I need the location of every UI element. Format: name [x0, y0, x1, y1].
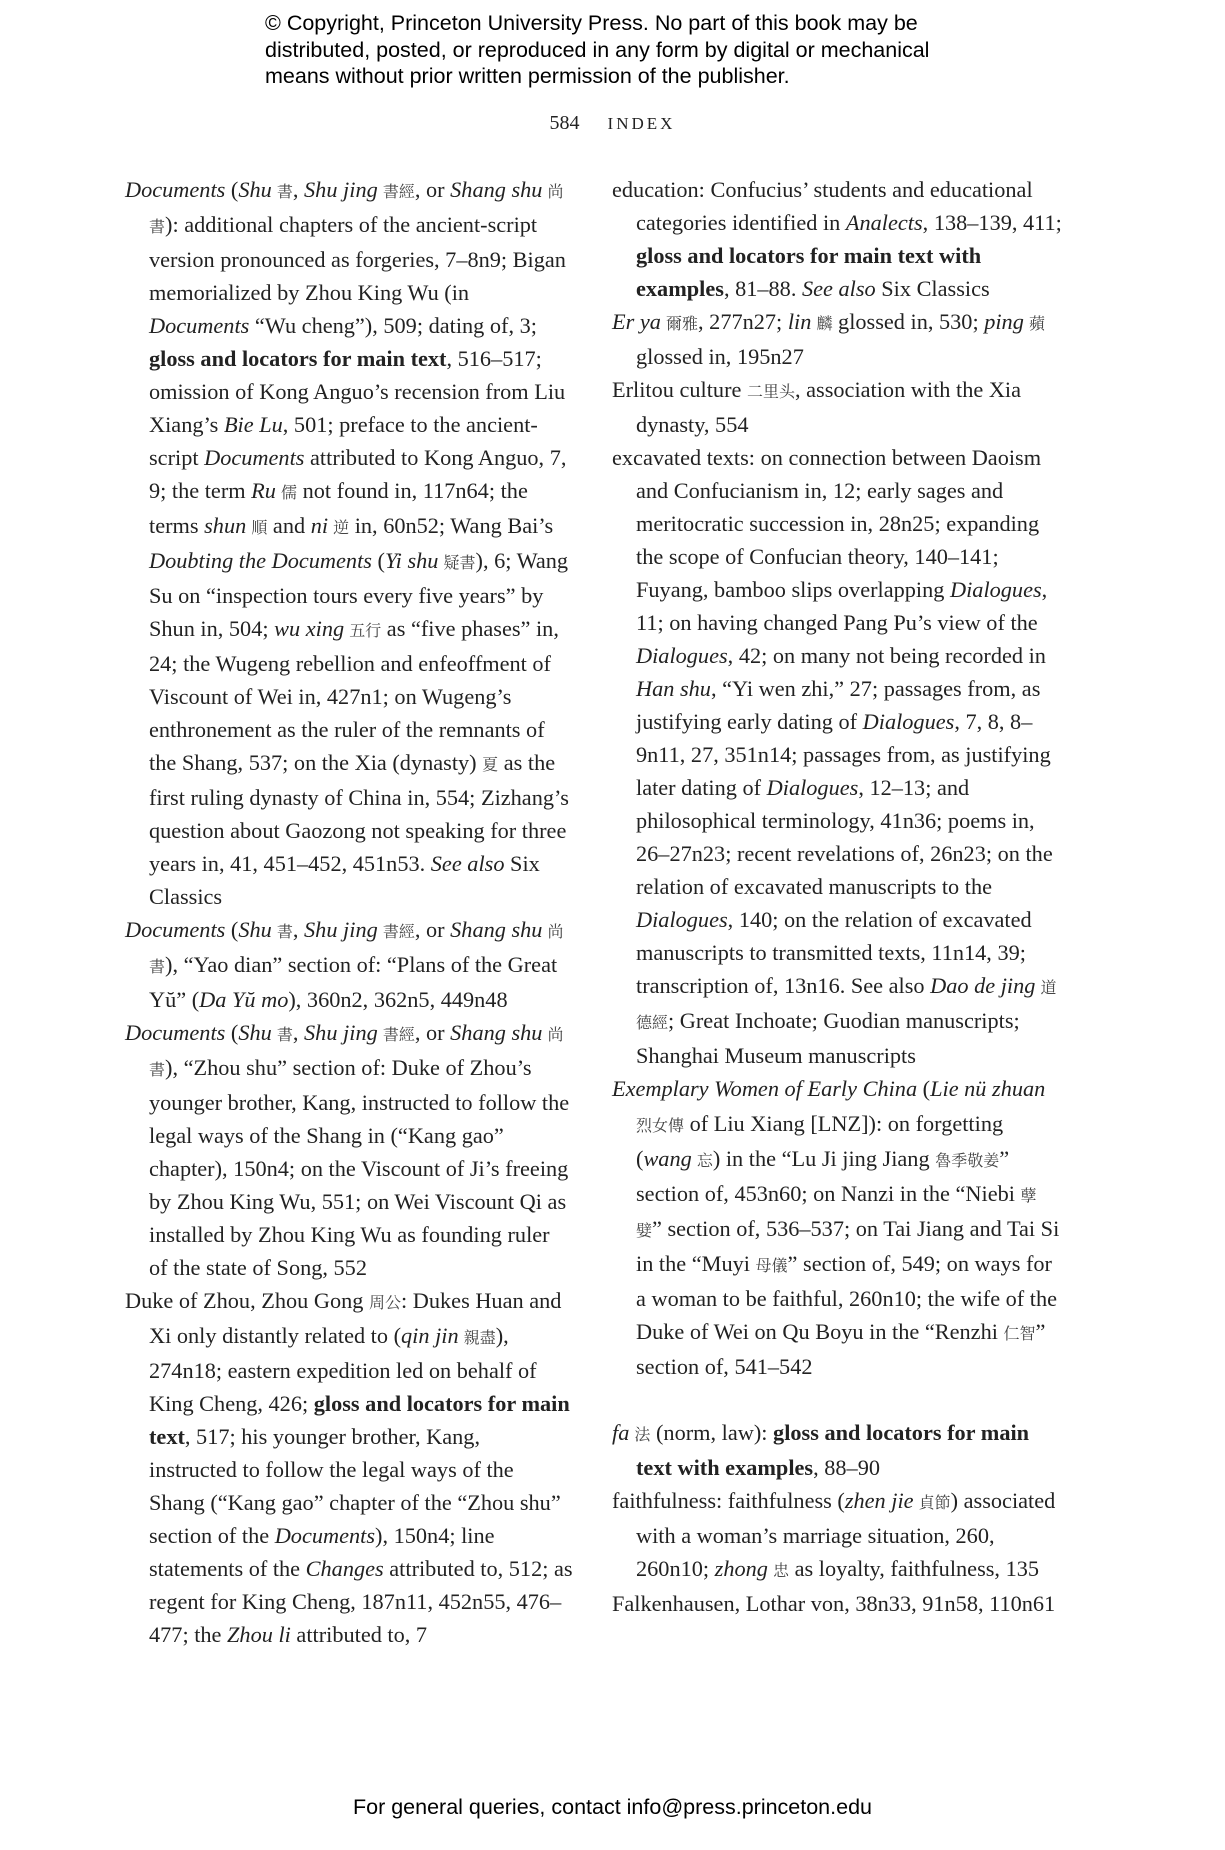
chinese-characters: 二里头 — [747, 382, 795, 401]
running-head: 584INDEX — [0, 112, 1225, 135]
italic-term: Shang shu — [450, 177, 542, 202]
entry-text: , or — [415, 917, 450, 942]
italic-term: Documents — [149, 313, 249, 338]
entry-text: ( — [372, 548, 385, 573]
footer-contact: For general queries, contact info@press.… — [0, 1795, 1225, 1820]
entry-text: ), 360n2, 362n5, 449n48 — [288, 987, 507, 1012]
entry-text: ) in the “Lu Ji jing Jiang — [713, 1146, 935, 1171]
entry-text: , 42; on many not being recorded in — [728, 643, 1046, 668]
entry-text: , — [293, 177, 304, 202]
chinese-characters: 蘋 — [1024, 314, 1045, 333]
entry-text: , 277n27; — [698, 309, 788, 334]
italic-term: Da Yŭ mo — [199, 987, 288, 1012]
chinese-characters: 書經 — [378, 922, 415, 941]
italic-term: Shu jing — [304, 177, 378, 202]
italic-term: Shu jing — [304, 1020, 378, 1045]
index-entry: Er ya 爾雅, 277n27; lin 麟 glossed in, 530;… — [612, 305, 1062, 373]
italic-term: Documents — [204, 445, 304, 470]
italic-term: Zhou li — [227, 1622, 291, 1647]
italic-term: Changes — [306, 1556, 384, 1581]
index-column-left: Documents (Shu 書, Shu jing 書經, or Shang … — [125, 173, 573, 1651]
index-entry: Documents (Shu 書, Shu jing 書經, or Shang … — [125, 173, 573, 913]
chinese-characters: 仁智 — [1004, 1324, 1036, 1343]
entry-text: attributed to, 7 — [291, 1622, 427, 1647]
chinese-characters: 五行 — [344, 621, 381, 640]
italic-term: ni — [311, 513, 328, 538]
entry-text: glossed in, 530; — [832, 309, 984, 334]
entry-text: , — [293, 917, 304, 942]
entry-text: , or — [415, 1020, 450, 1045]
chinese-characters: 親盡 — [459, 1328, 496, 1347]
chinese-characters: 儒 — [276, 483, 297, 502]
italic-term: Bie Lu — [224, 412, 283, 437]
italic-term: Doubting the Documents — [149, 548, 372, 573]
italic-term: Dialogues — [767, 775, 859, 800]
page-title: INDEX — [608, 114, 676, 133]
italic-term: wang — [643, 1146, 691, 1171]
index-entry: Erlitou culture 二里头, association with th… — [612, 373, 1062, 441]
page-number: 584 — [550, 112, 580, 134]
italic-term: zhong — [715, 1556, 768, 1581]
copyright-line: means without prior written permission o… — [265, 63, 985, 90]
index-entry: Documents (Shu 書, Shu jing 書經, or Shang … — [125, 913, 573, 1016]
italic-term: Dialogues — [863, 709, 955, 734]
chinese-characters: 書 — [272, 182, 293, 201]
chinese-characters: 烈女傳 — [636, 1116, 684, 1135]
index-column-right: education: Confucius’ students and educa… — [612, 173, 1062, 1620]
italic-term: Documents — [275, 1523, 375, 1548]
entry-text: Erlitou culture — [612, 377, 747, 402]
italic-term: Shang shu — [450, 1020, 542, 1045]
entry-text: Duke of Zhou, Zhou Gong — [125, 1288, 369, 1313]
entry-text: and — [267, 513, 310, 538]
italic-term: zhen jie — [845, 1488, 914, 1513]
bold-locator-label: gloss and locators for main text — [149, 346, 446, 371]
italic-term: Shu jing — [304, 917, 378, 942]
chinese-characters: 母儀 — [756, 1256, 788, 1275]
chinese-characters: 書經 — [378, 1025, 415, 1044]
italic-term: Lie nü zhuan — [930, 1076, 1045, 1101]
entry-text: (norm, law): — [650, 1420, 773, 1445]
chinese-characters: 法 — [629, 1425, 650, 1444]
index-entry: Falkenhausen, Lothar von, 38n33, 91n58, … — [612, 1587, 1062, 1620]
italic-term: ping — [984, 309, 1024, 334]
italic-term: Dao de jing — [930, 973, 1035, 998]
chinese-characters: 忘 — [692, 1151, 713, 1170]
index-entry: Documents (Shu 書, Shu jing 書經, or Shang … — [125, 1016, 573, 1284]
italic-term: lin — [788, 309, 812, 334]
italic-term: Er ya — [612, 309, 661, 334]
entry-text: , — [293, 1020, 304, 1045]
chinese-characters: 爾雅 — [661, 314, 698, 333]
copyright-line: © Copyright, Princeton University Press.… — [265, 10, 985, 37]
italic-term: Han shu — [636, 676, 711, 701]
italic-term: Dialogues — [950, 577, 1042, 602]
chinese-characters: 忠 — [768, 1561, 789, 1580]
entry-text: “Wu cheng”), 509; dating of, 3; — [249, 313, 537, 338]
italic-term: Shu — [238, 1020, 271, 1045]
index-entry: excavated texts: on connection between D… — [612, 441, 1062, 1072]
entry-text: as loyalty, faithfulness, 135 — [789, 1556, 1039, 1581]
italic-term: Shu — [238, 177, 271, 202]
index-entry: Exemplary Women of Early China (Lie nü z… — [612, 1072, 1062, 1383]
index-entry: education: Confucius’ students and educa… — [612, 173, 1062, 305]
italic-term: Exemplary Women of Early China — [612, 1076, 917, 1101]
chinese-characters: 順 — [246, 518, 267, 537]
entry-text: Falkenhausen, Lothar von, 38n33, 91n58, … — [612, 1591, 1055, 1616]
italic-term: Yi shu — [385, 548, 439, 573]
italic-term: Shu — [238, 917, 271, 942]
entry-text: ( — [225, 917, 238, 942]
chinese-characters: 貞節 — [914, 1493, 951, 1512]
italic-term: Ru — [251, 478, 276, 503]
chinese-characters: 周公 — [369, 1293, 401, 1312]
entry-text: , 88–90 — [813, 1455, 880, 1480]
chinese-characters: 夏 — [482, 755, 498, 774]
entry-text: Six Classics — [876, 276, 990, 301]
italic-term: Documents — [125, 1020, 225, 1045]
index-entry: fa 法 (norm, law): gloss and locators for… — [612, 1416, 1062, 1484]
italic-term: fa — [612, 1420, 629, 1445]
chinese-characters: 逆 — [328, 518, 349, 537]
entry-text: ; Great Inchoate; Guodian manuscripts; S… — [636, 1008, 1020, 1068]
entry-text: ), “Zhou shu” section of: Duke of Zhou’s… — [149, 1055, 569, 1280]
chinese-characters: 魯季敬姜 — [935, 1151, 999, 1170]
entry-text: in, 60n52; Wang Bai’s — [349, 513, 553, 538]
italic-term: Documents — [125, 917, 225, 942]
copyright-notice: © Copyright, Princeton University Press.… — [265, 10, 985, 90]
italic-term: Analects — [846, 210, 923, 235]
chinese-characters: 麟 — [811, 314, 832, 333]
entry-text: faithfulness: faithfulness ( — [612, 1488, 845, 1513]
index-entry: faithfulness: faithfulness (zhen jie 貞節)… — [612, 1484, 1062, 1587]
entry-text: ): additional chapters of the ancient-sc… — [149, 212, 566, 305]
entry-text: , 81–88. — [724, 276, 802, 301]
entry-text: ( — [225, 1020, 238, 1045]
italic-term: Shang shu — [450, 917, 542, 942]
chinese-characters: 疑書 — [438, 553, 475, 572]
entry-text: , or — [415, 177, 450, 202]
chinese-characters: 書經 — [378, 182, 415, 201]
italic-term: Dialogues — [636, 643, 728, 668]
entry-text: , 138–139, 411; — [923, 210, 1062, 235]
italic-term: Documents — [125, 177, 225, 202]
entry-text: glossed in, 195n27 — [636, 344, 804, 369]
italic-term: See also — [431, 851, 505, 876]
italic-term: See also — [802, 276, 876, 301]
entry-text: ( — [917, 1076, 930, 1101]
index-entry: Duke of Zhou, Zhou Gong 周公: Dukes Huan a… — [125, 1284, 573, 1651]
italic-term: shun — [204, 513, 246, 538]
italic-term: Dialogues — [636, 907, 728, 932]
italic-term: qin jin — [401, 1323, 459, 1348]
copyright-line: distributed, posted, or reproduced in an… — [265, 37, 985, 64]
chinese-characters: 書 — [272, 922, 293, 941]
entry-text: ( — [225, 177, 238, 202]
italic-term: wu xing — [274, 616, 344, 641]
chinese-characters: 書 — [272, 1025, 293, 1044]
